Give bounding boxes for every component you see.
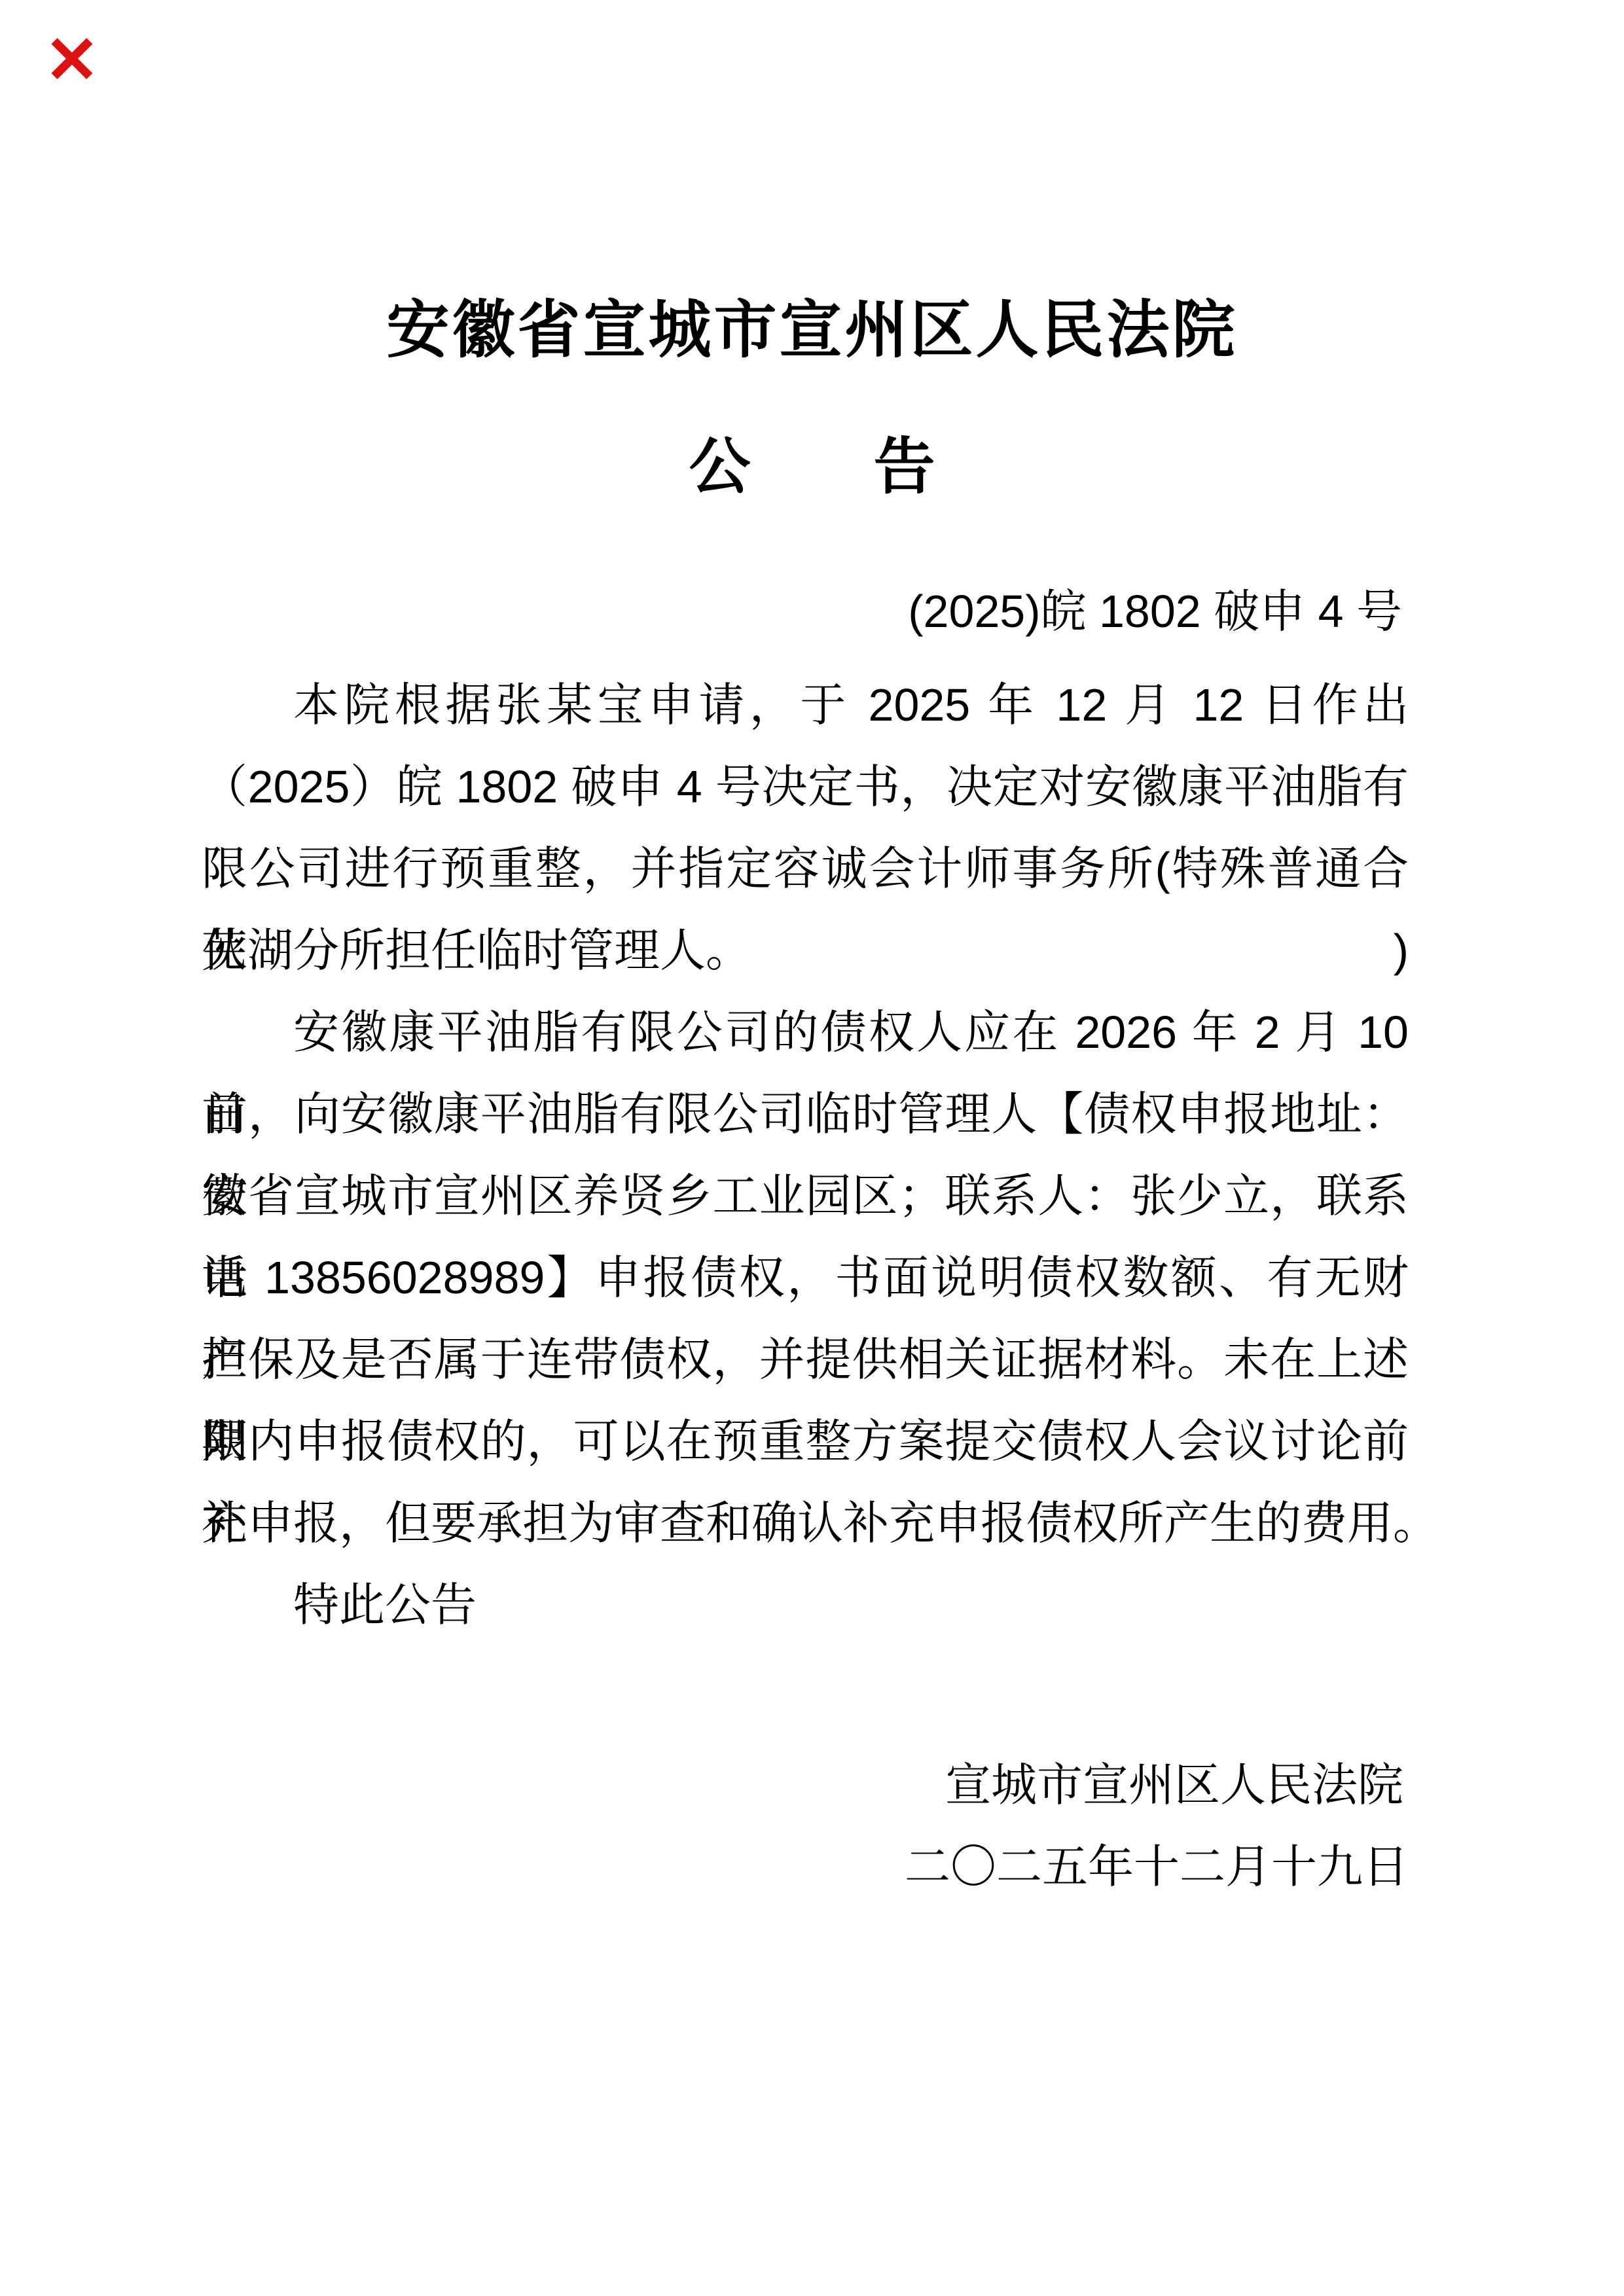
signature-block: 宣城市宣州区人民法院 二〇二五年十二月十九日 bbox=[202, 1744, 1409, 1908]
signature-court-name: 宣城市宣州区人民法院 bbox=[202, 1744, 1409, 1826]
case-number: (2025)皖 1802 破申 4 号 bbox=[202, 571, 1409, 653]
announcement-body: 本院根据张某宝申请，于 2025 年 12 月 12 日作出 （2025）皖 1… bbox=[202, 664, 1409, 1646]
body-line: 前，向安徽康平油脂有限公司临时管理人【债权申报地址：安 bbox=[202, 1073, 1409, 1155]
broken-image-red-x-icon: ✕ bbox=[45, 27, 99, 93]
body-line: 限内申报债权的，可以在预重整方案提交债权人会议讨论前补 bbox=[202, 1401, 1409, 1482]
body-line: 徽省宣城市宣州区养贤乡工业园区；联系人：张少立，联系电 bbox=[202, 1155, 1409, 1237]
signature-date: 二〇二五年十二月十九日 bbox=[202, 1826, 1409, 1908]
body-line: 充申报，但要承担为审查和确认补充申报债权所产生的费用。 bbox=[202, 1482, 1409, 1564]
court-title: 安徽省宣城市宣州区人民法院 bbox=[0, 288, 1624, 373]
body-line: 安徽康平油脂有限公司的债权人应在 2026 年 2 月 10 日 bbox=[202, 992, 1409, 1073]
body-line: 限公司进行预重整，并指定容诚会计师事务所(特殊普通合伙) bbox=[202, 828, 1409, 910]
body-line-closing: 特此公告 bbox=[202, 1564, 1409, 1646]
notice-title: 公 告 bbox=[0, 424, 1624, 509]
body-line: 话 13856028989】申报债权，书面说明债权数额、有无财产 bbox=[202, 1237, 1409, 1319]
body-line: （2025）皖 1802 破申 4 号决定书，决定对安徽康平油脂有 bbox=[202, 746, 1409, 828]
body-line: 本院根据张某宝申请，于 2025 年 12 月 12 日作出 bbox=[202, 664, 1409, 746]
announcement-page: ✕ 安徽省宣城市宣州区人民法院 公 告 (2025)皖 1802 破申 4 号 … bbox=[0, 0, 1624, 2296]
body-line: 担保及是否属于连带债权，并提供相关证据材料。未在上述期 bbox=[202, 1319, 1409, 1401]
